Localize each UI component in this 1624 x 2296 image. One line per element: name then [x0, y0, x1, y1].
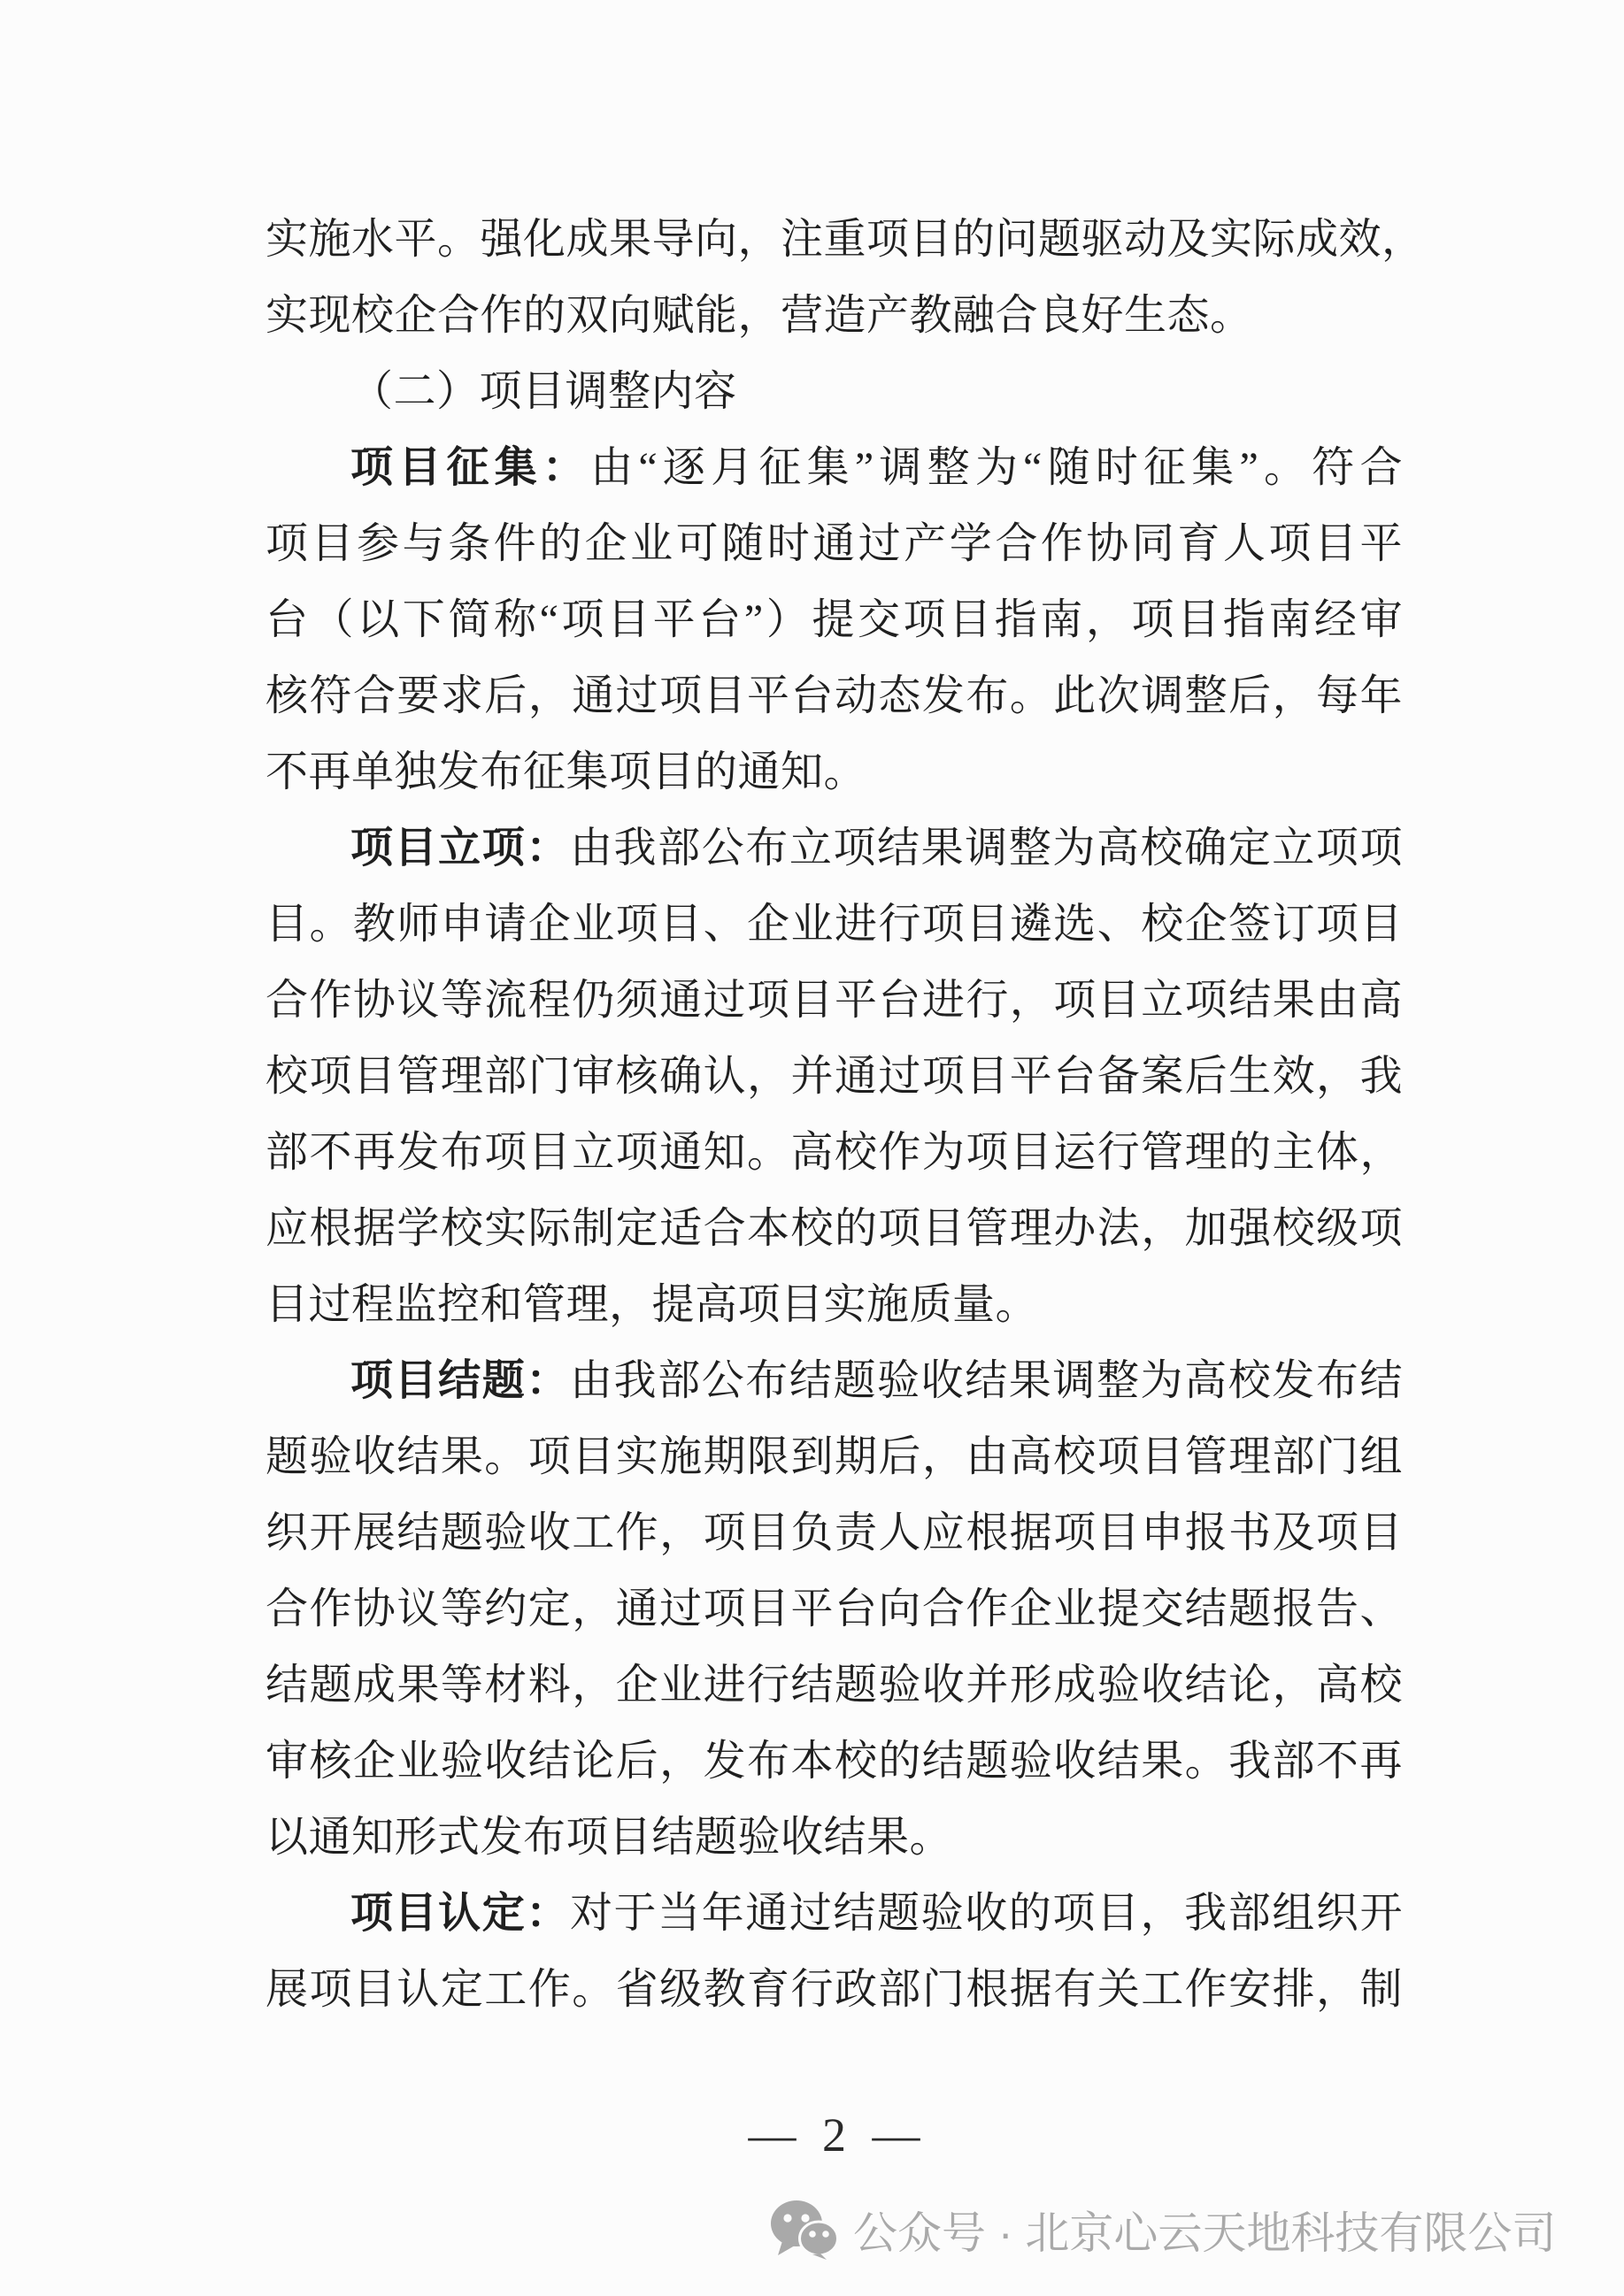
paragraph-project-conclusion: 项目结题：由我部公布结题验收结果调整为高校发布结题验收结果。项目实施期限到期后，… — [266, 1343, 1403, 1876]
text-line: 实施水平。强化成果导向，注重项目的问题驱动及实际成效， — [266, 202, 1403, 278]
paragraph-lead-bold: 项目结题： — [350, 1357, 570, 1404]
text-line: 项目参与条件的企业可随时通过产学合作协同育人项目平 — [266, 506, 1403, 582]
text-line: 项目认定：对于当年通过结题验收的项目，我部组织开 — [266, 1876, 1403, 1952]
page-number: — 2 — — [266, 2108, 1403, 2162]
text-line: 结题成果等材料，企业进行结题验收并形成验收结论，高校 — [266, 1647, 1403, 1724]
watermark: 公众号 · 北京心云天地科技有限公司 — [770, 2198, 1556, 2261]
text-line: 展项目认定工作。省级教育行政部门根据有关工作安排，制 — [266, 1952, 1403, 2028]
paragraph-project-approval: 项目立项：由我部公布立项结果调整为高校确定立项项目。教师申请企业项目、企业进行项… — [266, 810, 1403, 1343]
text-line: 题验收结果。项目实施期限到期后，由高校项目管理部门组 — [266, 1419, 1403, 1495]
paragraph-project-recognition: 项目认定：对于当年通过结题验收的项目，我部组织开展项目认定工作。省级教育行政部门… — [266, 1876, 1403, 2028]
text-line: 实现校企合作的双向赋能，营造产教融合良好生态。 — [266, 278, 1403, 354]
text-line: 校项目管理部门审核确认，并通过项目平台备案后生效，我 — [266, 1039, 1403, 1115]
text-line: 不再单独发布征集项目的通知。 — [266, 734, 1403, 810]
text-block: 实施水平。强化成果导向，注重项目的问题驱动及实际成效，实现校企合作的双向赋能，营… — [266, 202, 1403, 2028]
paragraph-lead-rest: 由我部公布结题验收结果调整为高校发布结 — [570, 1357, 1403, 1404]
section-heading: （二）项目调整内容 — [266, 354, 1403, 430]
paragraph-lead-bold: 项目征集： — [350, 444, 590, 491]
text-line: 织开展结题验收工作，项目负责人应根据项目申报书及项目 — [266, 1495, 1403, 1571]
paragraph-lead-rest: 由“逐月征集”调整为“随时征集”。符合 — [590, 444, 1403, 491]
paragraph-project-collection: 项目征集：由“逐月征集”调整为“随时征集”。符合项目参与条件的企业可随时通过产学… — [266, 430, 1403, 810]
text-line: 目过程监控和管理，提高项目实施质量。 — [266, 1267, 1403, 1343]
watermark-text: 公众号 · 北京心云天地科技有限公司 — [853, 2198, 1556, 2261]
text-line: 应根据学校实际制定适合本校的项目管理办法，加强校级项 — [266, 1191, 1403, 1267]
text-line: 项目立项：由我部公布立项结果调整为高校确定立项项 — [266, 810, 1403, 887]
paragraph-lead-bold: 项目立项： — [350, 825, 570, 872]
text-line: 合作协议等约定，通过项目平台向合作企业提交结题报告、 — [266, 1571, 1403, 1647]
paragraph-lead-rest: 由我部公布立项结果调整为高校确定立项项 — [570, 825, 1403, 872]
text-line: 项目征集：由“逐月征集”调整为“随时征集”。符合 — [266, 430, 1403, 506]
text-line: 部不再发布项目立项通知。高校作为项目运行管理的主体， — [266, 1115, 1403, 1191]
document-page: 实施水平。强化成果导向，注重项目的问题驱动及实际成效，实现校企合作的双向赋能，营… — [0, 0, 1624, 2296]
text-line: 目。教师申请企业项目、企业进行项目遴选、校企签订项目 — [266, 887, 1403, 963]
wechat-icon — [770, 2200, 839, 2260]
text-line: 项目结题：由我部公布结题验收结果调整为高校发布结 — [266, 1343, 1403, 1419]
text-line: （二）项目调整内容 — [266, 354, 1403, 430]
text-line: 核符合要求后，通过项目平台动态发布。此次调整后，每年 — [266, 658, 1403, 734]
paragraph-lead-bold: 项目认定： — [350, 1890, 570, 1937]
text-line: 以通知形式发布项目结题验收结果。 — [266, 1800, 1403, 1876]
paragraph-continuation: 实施水平。强化成果导向，注重项目的问题驱动及实际成效，实现校企合作的双向赋能，营… — [266, 202, 1403, 354]
paragraph-lead-rest: 对于当年通过结题验收的项目，我部组织开 — [570, 1890, 1403, 1937]
text-line: 台（以下简称“项目平台”）提交项目指南，项目指南经审 — [266, 582, 1403, 658]
text-line: 合作协议等流程仍须通过项目平台进行，项目立项结果由高 — [266, 963, 1403, 1039]
text-line: 审核企业验收结论后，发布本校的结题验收结果。我部不再 — [266, 1724, 1403, 1800]
